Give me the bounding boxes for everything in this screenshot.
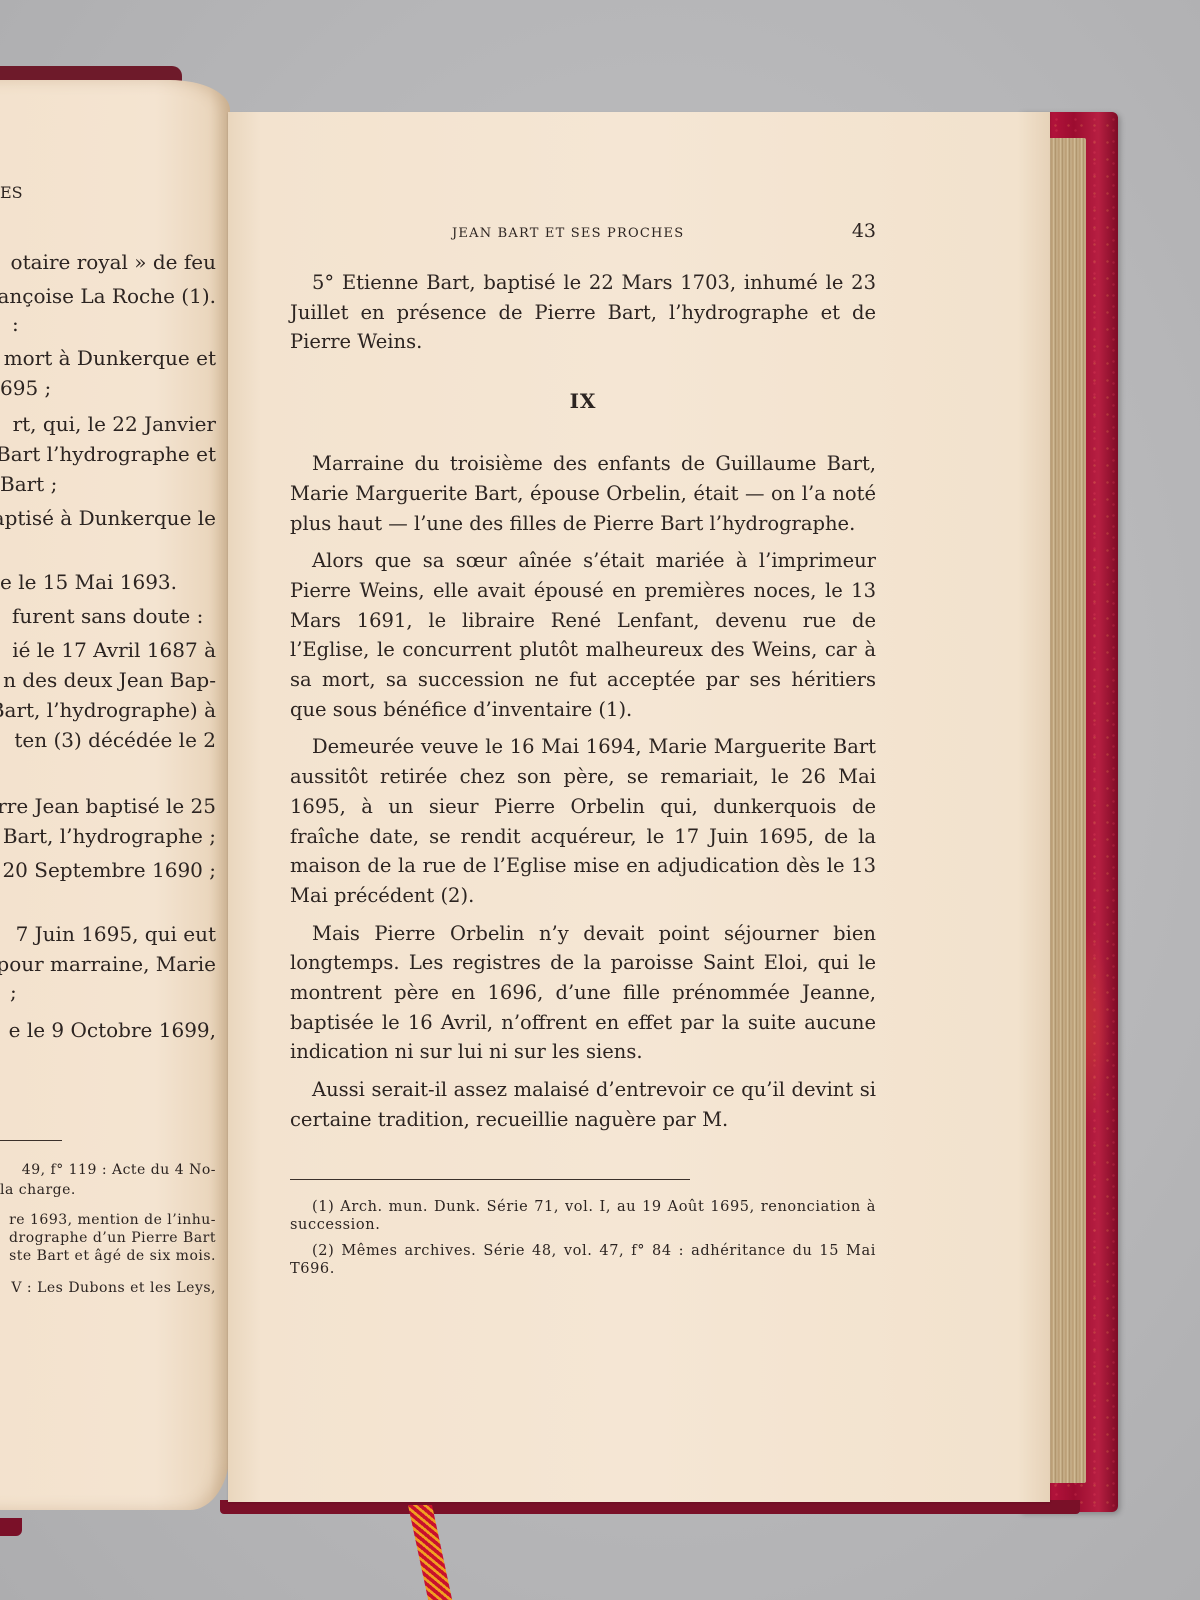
left-footnote-line: re 1693, mention de l’inhu- bbox=[9, 1212, 216, 1228]
left-footnote-rule bbox=[0, 1140, 62, 1141]
left-line: ten (3) décédée le 2 bbox=[14, 728, 216, 752]
left-line: n des deux Jean Bap- bbox=[3, 668, 216, 692]
left-line: furent sans doute : bbox=[12, 604, 203, 628]
left-footnote-line: 49, f° 119 : Acte du 4 No- bbox=[22, 1162, 216, 1178]
left-cover-corner bbox=[0, 1518, 22, 1536]
right-page-text-block: JEAN BART ET SES PROCHES 43 5° Etienne B… bbox=[290, 220, 876, 1286]
left-line: 20 Septembre 1690 ; bbox=[2, 858, 216, 882]
left-page: ES otaire royal » de feu rançoise La Roc… bbox=[0, 80, 230, 1510]
page-block-edges bbox=[1050, 138, 1086, 1483]
left-line: otaire royal » de feu bbox=[11, 250, 216, 274]
left-line: 7 Juin 1695, qui eut bbox=[16, 922, 216, 946]
footnote: (2) Mêmes archives. Série 48, vol. 47, f… bbox=[290, 1242, 876, 1278]
left-line: e Bart, l’hydrographe ; bbox=[0, 824, 216, 848]
left-footnote-line: la charge. bbox=[0, 1182, 76, 1198]
left-line: mort à Dunkerque et bbox=[4, 346, 216, 370]
section-heading: IX bbox=[290, 389, 876, 413]
left-line: rre Jean baptisé le 25 bbox=[0, 794, 216, 818]
left-line: e le 15 Mai 1693. bbox=[0, 570, 177, 594]
footnote: (1) Arch. mun. Dunk. Série 71, vol. I, a… bbox=[290, 1198, 876, 1234]
right-page: JEAN BART ET SES PROCHES 43 5° Etienne B… bbox=[228, 112, 1050, 1502]
paragraph: Marraine du troisième des enfants de Gui… bbox=[290, 449, 876, 538]
left-line: : bbox=[12, 312, 19, 336]
running-head: JEAN BART ET SES PROCHES 43 bbox=[290, 220, 876, 250]
left-footnote-line: drographe d’un Pierre Bart bbox=[9, 1230, 216, 1246]
left-line: rt, qui, le 22 Janvier bbox=[13, 412, 216, 436]
left-line: Bart ; bbox=[0, 472, 57, 496]
paragraph: Demeurée veuve le 16 Mai 1694, Marie Mar… bbox=[290, 732, 876, 910]
left-footnote-line: ste Bart et âgé de six mois. bbox=[9, 1248, 216, 1264]
running-title: JEAN BART ET SES PROCHES bbox=[452, 226, 684, 241]
left-line: e le 9 Octobre 1699, bbox=[9, 1018, 216, 1042]
left-running-title: ES bbox=[0, 183, 23, 202]
paragraph: Mais Pierre Orbelin n’y devait point séj… bbox=[290, 919, 876, 1068]
left-line: rançoise La Roche (1). bbox=[0, 284, 216, 308]
left-line: Bart l’hydrographe et bbox=[0, 442, 216, 466]
paragraph: 5° Etienne Bart, baptisé le 22 Mars 1703… bbox=[290, 268, 876, 357]
left-line: ; bbox=[10, 980, 17, 1004]
left-line: pour marraine, Marie bbox=[0, 952, 216, 976]
paragraph: Alors que sa sœur aînée s’était mariée à… bbox=[290, 546, 876, 724]
left-line: aptisé à Dunkerque le bbox=[0, 506, 216, 530]
left-line: ié le 17 Avril 1687 à bbox=[12, 638, 216, 662]
paragraph: Aussi serait-il assez malaisé d’entrevoi… bbox=[290, 1075, 876, 1134]
page-number: 43 bbox=[852, 220, 876, 242]
footnote-rule bbox=[290, 1179, 690, 1180]
left-footnote-line: V : Les Dubons et les Leys, bbox=[11, 1280, 216, 1296]
bottom-cover-edge bbox=[220, 1500, 1080, 1514]
footnotes: (1) Arch. mun. Dunk. Série 71, vol. I, a… bbox=[290, 1198, 876, 1278]
left-line: Bart, l’hydrographe) à bbox=[0, 698, 216, 722]
left-line: 695 ; bbox=[0, 376, 51, 400]
